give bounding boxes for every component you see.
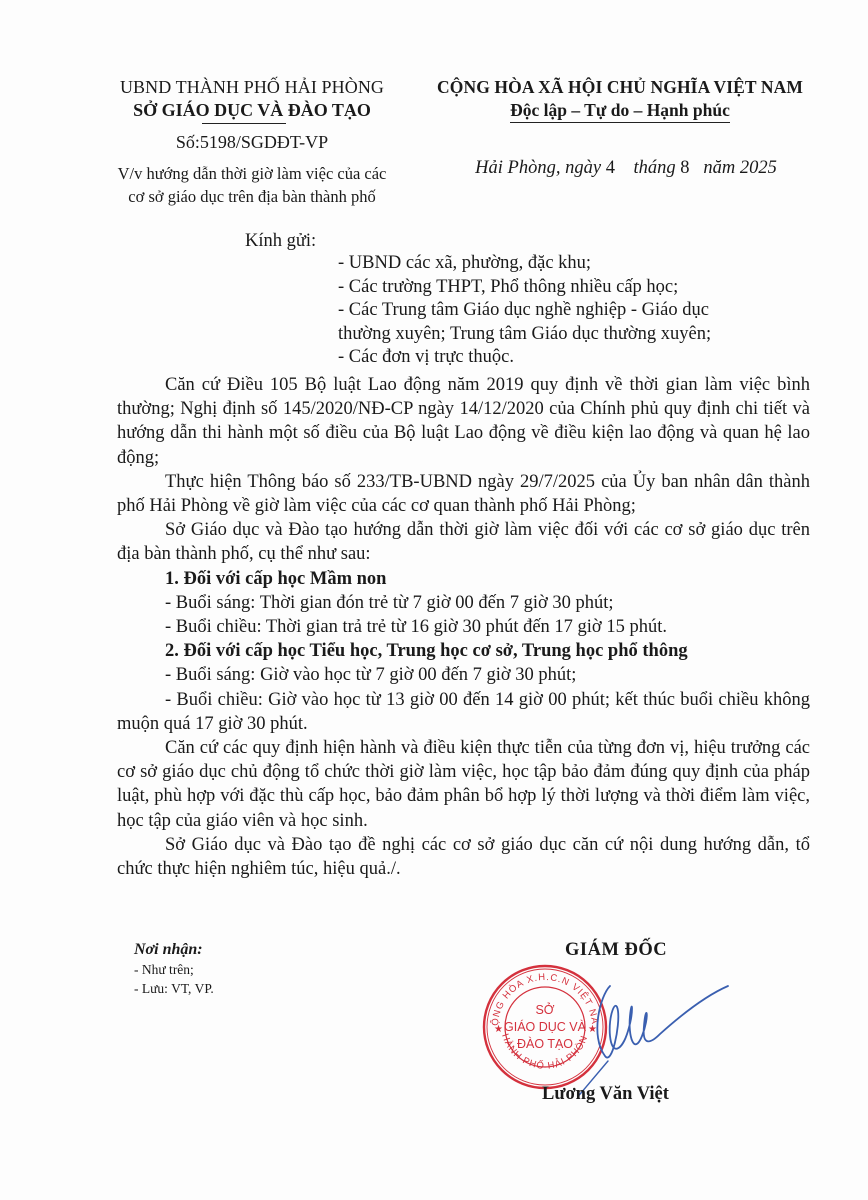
subject-line-1: V/v hướng dẫn thời giờ làm việc của các <box>92 162 412 185</box>
distribution-item: - Lưu: VT, VP. <box>134 979 214 998</box>
parent-agency: UBND THÀNH PHỐ HẢI PHÒNG <box>92 76 412 99</box>
date-year: 2025 <box>740 158 777 178</box>
official-letter-page: UBND THÀNH PHỐ HẢI PHÒNG SỞ GIÁO DỤC VÀ … <box>0 0 868 1200</box>
body-paragraph-implementation: Căn cứ các quy định hiện hành và điều ki… <box>117 736 810 833</box>
document-number: Số:5198/SGDĐT-VP <box>92 130 412 154</box>
section-item: - Buổi chiều: Giờ vào học từ 13 giờ 00 đ… <box>117 688 810 736</box>
national-header-block: CỘNG HÒA XÃ HỘI CHỦ NGHĨA VIỆT NAM Độc l… <box>420 76 820 180</box>
signer-name: Lương Văn Việt <box>542 1084 669 1105</box>
greeting: Kính gửi: <box>245 229 316 253</box>
recipient-item: - Các trường THPT, Phổ thông nhiều cấp h… <box>338 276 818 300</box>
date-year-label: năm <box>703 158 735 178</box>
letter-body: Căn cứ Điều 105 Bộ luật Lao động năm 201… <box>117 373 810 881</box>
distribution-list: Nơi nhận: - Như trên; - Lưu: VT, VP. <box>134 940 214 998</box>
body-paragraph-notice: Thực hiện Thông báo số 233/TB-UBND ngày … <box>117 470 810 518</box>
body-paragraph-intro: Sở Giáo dục và Đào tạo hướng dẫn thời gi… <box>117 518 810 566</box>
section-item: - Buổi chiều: Thời gian trả trẻ từ 16 gi… <box>117 615 810 639</box>
distribution-title: Nơi nhận: <box>134 940 214 960</box>
date-month: 8 <box>680 158 689 178</box>
nation-title: CỘNG HÒA XÃ HỘI CHỦ NGHĨA VIỆT NAM <box>420 76 820 99</box>
distribution-item: - Như trên; <box>134 960 214 979</box>
recipient-item: - Các Trung tâm Giáo dục nghề nghiệp - G… <box>338 299 818 323</box>
issuing-agency-block: UBND THÀNH PHỐ HẢI PHÒNG SỞ GIÁO DỤC VÀ … <box>92 76 412 208</box>
recipient-item: thường xuyên; Trung tâm Giáo dục thường … <box>338 323 818 347</box>
section-item: - Buổi sáng: Giờ vào học từ 7 giờ 00 đến… <box>117 663 810 687</box>
recipient-list: - UBND các xã, phường, đặc khu; - Các tr… <box>338 252 818 370</box>
issue-date: Hải Phòng, ngày 4 tháng 8 năm 2025 <box>426 156 826 180</box>
body-paragraph-request: Sở Giáo dục và Đào tạo đề nghị các cơ sở… <box>117 833 810 881</box>
section-item: - Buổi sáng: Thời gian đón trẻ từ 7 giờ … <box>117 591 810 615</box>
department-underline <box>202 123 286 124</box>
recipient-item: - UBND các xã, phường, đặc khu; <box>338 252 818 276</box>
handwritten-signature-icon <box>550 956 730 1096</box>
date-place-prefix: Hải Phòng, ngày <box>475 158 601 178</box>
section-heading-schools: 2. Đối với cấp học Tiểu học, Trung học c… <box>117 639 810 663</box>
date-month-label: tháng <box>633 158 675 178</box>
date-day: 4 <box>606 158 615 178</box>
department-name: SỞ GIÁO DỤC VÀ ĐÀO TẠO <box>92 99 412 122</box>
body-paragraph-legal-basis: Căn cứ Điều 105 Bộ luật Lao động năm 201… <box>117 373 810 470</box>
national-motto: Độc lập – Tự do – Hạnh phúc <box>510 99 730 123</box>
section-heading-preschool: 1. Đối với cấp học Mầm non <box>117 567 810 591</box>
recipient-item: - Các đơn vị trực thuộc. <box>338 346 818 370</box>
subject-line-2: cơ sở giáo dục trên địa bàn thành phố <box>92 185 412 208</box>
signature-block: GIÁM ĐỐC CỘNG HÒA X.H.C.N VIỆT NAM THÀNH… <box>480 936 730 1116</box>
